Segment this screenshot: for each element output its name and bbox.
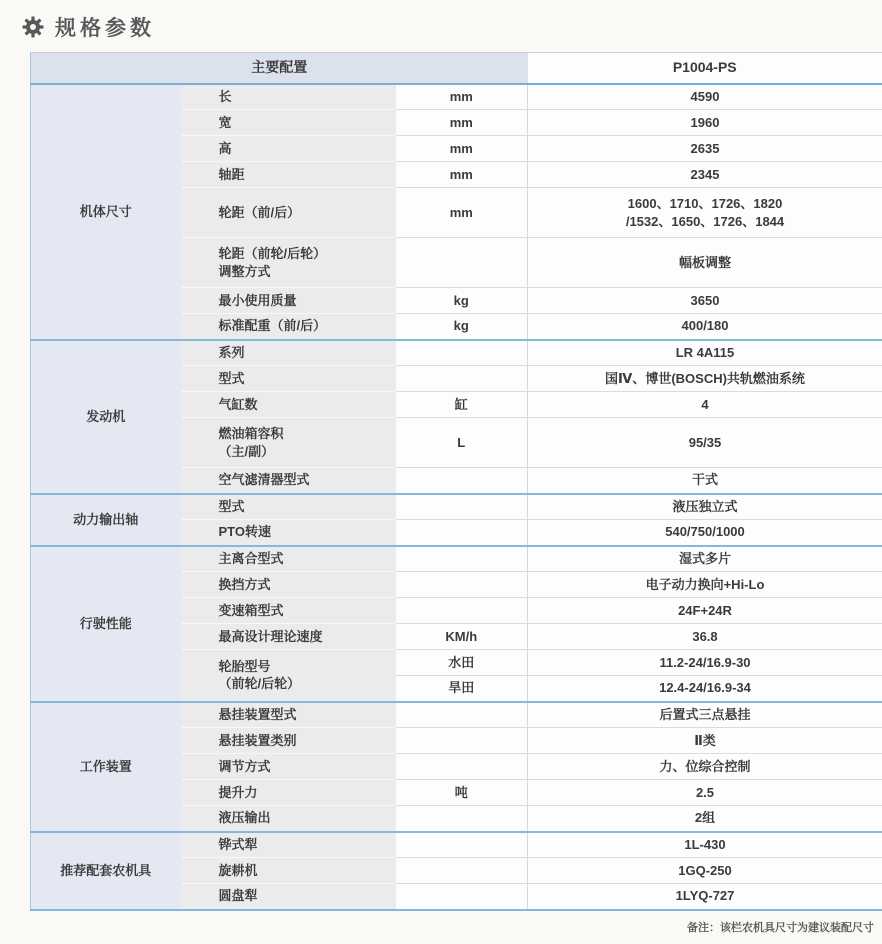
param-value: 2345 (528, 162, 882, 188)
param-unit (396, 728, 528, 754)
footnote: 备注：该栏农机具尺寸为建议装配尺寸 (0, 911, 882, 935)
param-label: 变速箱型式 (181, 598, 396, 624)
param-label: 高 (181, 136, 396, 162)
param-unit: 吨 (396, 780, 528, 806)
param-unit (396, 494, 528, 520)
param-label: 最小使用质量 (181, 288, 396, 314)
param-value: Ⅱ类 (528, 728, 882, 754)
param-unit (396, 598, 528, 624)
param-label: 圆盘犁 (181, 884, 396, 910)
param-unit: mm (396, 110, 528, 136)
param-value: 36.8 (528, 624, 882, 650)
section-label: 推荐配套农机具 (31, 832, 181, 910)
param-label: 系列 (181, 340, 396, 366)
param-value: 1L-430 (528, 832, 882, 858)
section-label: 行驶性能 (31, 546, 181, 702)
param-label: 空气滤清器型式 (181, 468, 396, 494)
param-value: 2组 (528, 806, 882, 832)
param-label: 铧式犁 (181, 832, 396, 858)
param-unit (396, 572, 528, 598)
param-value: 4 (528, 392, 882, 418)
param-unit (396, 546, 528, 572)
param-label: 轮胎型号 （前轮/后轮） (181, 650, 396, 702)
param-value: 1LYQ-727 (528, 884, 882, 910)
param-label: 换挡方式 (181, 572, 396, 598)
param-unit (396, 340, 528, 366)
param-value: 3650 (528, 288, 882, 314)
section-label: 工作装置 (31, 702, 181, 832)
param-unit: KM/h (396, 624, 528, 650)
param-label: 旋耕机 (181, 858, 396, 884)
param-value: 国Ⅳ、博世(BOSCH)共轨燃油系统 (528, 366, 882, 392)
param-value: 电子动力换向+Hi-Lo (528, 572, 882, 598)
config-column-header: 主要配置 (31, 53, 528, 84)
model-column-header: P1004-PS (528, 53, 882, 84)
param-value: 湿式多片 (528, 546, 882, 572)
param-label: PTO转速 (181, 520, 396, 546)
param-unit: kg (396, 288, 528, 314)
param-value: 2635 (528, 136, 882, 162)
param-value: LR 4A115 (528, 340, 882, 366)
param-value: 12.4-24/16.9-34 (528, 676, 882, 702)
param-label: 最高设计理论速度 (181, 624, 396, 650)
param-unit: mm (396, 188, 528, 238)
param-value: 1600、1710、1726、1820 /1532、1650、1726、1844 (528, 188, 882, 238)
param-label: 悬挂装置类别 (181, 728, 396, 754)
param-value: 1GQ-250 (528, 858, 882, 884)
param-value: 幅板调整 (528, 238, 882, 288)
param-value: 后置式三点悬挂 (528, 702, 882, 728)
param-unit (396, 702, 528, 728)
param-unit (396, 366, 528, 392)
param-value: 力、位综合控制 (528, 754, 882, 780)
param-unit (396, 520, 528, 546)
param-label: 提升力 (181, 780, 396, 806)
param-label: 调节方式 (181, 754, 396, 780)
table-row: 机体尺寸长mm4590 (31, 84, 882, 110)
spec-table-body: 机体尺寸长mm4590宽mm1960高mm2635轴距mm2345轮距（前/后）… (31, 84, 882, 910)
gear-icon (21, 15, 45, 39)
section-label: 发动机 (31, 340, 181, 494)
param-unit: mm (396, 84, 528, 110)
param-label: 型式 (181, 366, 396, 392)
param-value: 液压独立式 (528, 494, 882, 520)
param-unit (396, 884, 528, 910)
table-row: 发动机系列LR 4A115 (31, 340, 882, 366)
table-row: 行驶性能主离合型式湿式多片 (31, 546, 882, 572)
param-unit: 旱田 (396, 676, 528, 702)
param-label: 燃油箱容积 （主/副） (181, 418, 396, 468)
param-label: 标准配重（前/后） (181, 314, 396, 340)
param-label: 液压输出 (181, 806, 396, 832)
param-unit (396, 858, 528, 884)
table-row: 动力输出轴型式液压独立式 (31, 494, 882, 520)
param-value: 干式 (528, 468, 882, 494)
section-label: 机体尺寸 (31, 84, 181, 340)
param-unit (396, 806, 528, 832)
table-header-row: 主要配置 P1004-PS (31, 53, 882, 84)
table-row: 工作装置悬挂装置型式后置式三点悬挂 (31, 702, 882, 728)
param-unit (396, 754, 528, 780)
param-unit: mm (396, 162, 528, 188)
param-unit: 水田 (396, 650, 528, 676)
param-label: 轮距（前轮/后轮） 调整方式 (181, 238, 396, 288)
param-label: 轮距（前/后） (181, 188, 396, 238)
table-row: 推荐配套农机具铧式犁1L-430 (31, 832, 882, 858)
param-value: 1960 (528, 110, 882, 136)
param-value: 95/35 (528, 418, 882, 468)
section-label: 动力输出轴 (31, 494, 181, 546)
param-value: 540/750/1000 (528, 520, 882, 546)
param-label: 轴距 (181, 162, 396, 188)
param-unit (396, 832, 528, 858)
param-label: 气缸数 (181, 392, 396, 418)
param-label: 型式 (181, 494, 396, 520)
param-label: 长 (181, 84, 396, 110)
param-value: 2.5 (528, 780, 882, 806)
param-value: 4590 (528, 84, 882, 110)
param-unit: L (396, 418, 528, 468)
param-unit: mm (396, 136, 528, 162)
param-value: 11.2-24/16.9-30 (528, 650, 882, 676)
param-label: 宽 (181, 110, 396, 136)
param-label: 悬挂装置型式 (181, 702, 396, 728)
param-value: 400/180 (528, 314, 882, 340)
spec-table: 主要配置 P1004-PS 机体尺寸长mm4590宽mm1960高mm2635轴… (30, 52, 882, 911)
param-label: 主离合型式 (181, 546, 396, 572)
param-unit: kg (396, 314, 528, 340)
page-header: 规格参数 (0, 0, 882, 52)
param-unit (396, 238, 528, 288)
param-unit (396, 468, 528, 494)
param-unit: 缸 (396, 392, 528, 418)
param-value: 24F+24R (528, 598, 882, 624)
page-title: 规格参数 (55, 12, 155, 42)
